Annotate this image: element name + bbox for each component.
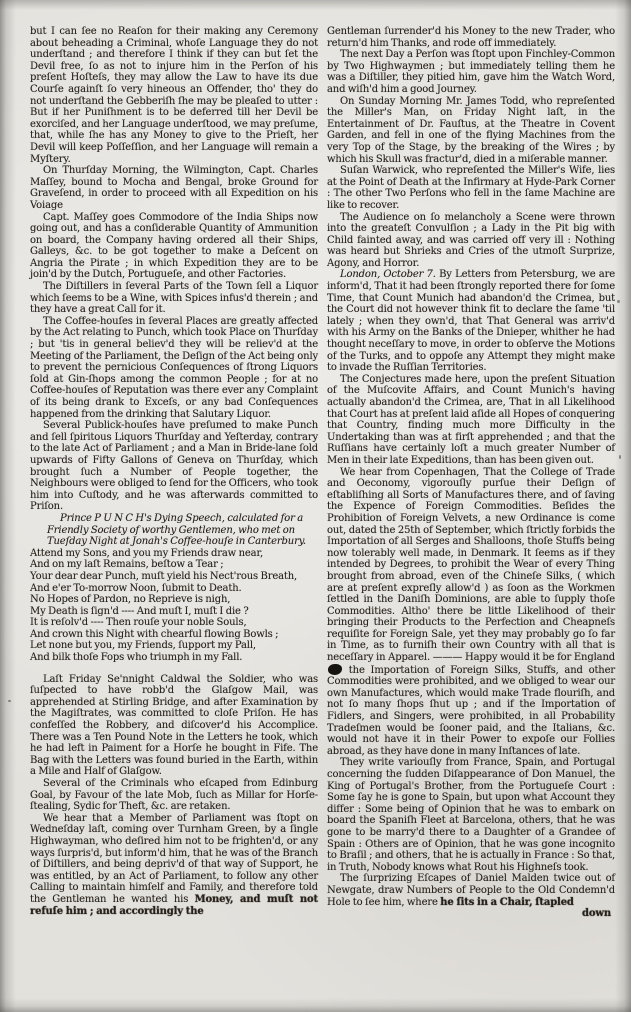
- poem-line: Your dear dear Punch, muſt yield his Nec…: [30, 571, 318, 583]
- news-paragraph: London, October 7. By Letters from Peter…: [327, 269, 615, 373]
- paragraph-text: By Letters from Petersburg, we are infor…: [327, 269, 615, 373]
- poem-line: Attend my Sons, and you my Friends draw …: [30, 548, 318, 560]
- news-paragraph: The Audience on ſo melancholy a Scene we…: [327, 212, 615, 270]
- poem-line: And on my laſt Remains, beſtow a Tear ;: [30, 559, 318, 571]
- paper-speck: [619, 455, 621, 459]
- ink-blot-icon: [328, 664, 342, 675]
- news-paragraph: We hear that a Member of Parliament was …: [30, 813, 318, 917]
- paragraph-text: We hear from Copenhagen, That the Colleg…: [327, 467, 615, 664]
- paragraph-text: the Importation of Foreign Silks, Stuffs…: [327, 665, 615, 757]
- news-paragraph: Several Publick-houſes have preſumed to …: [30, 420, 318, 513]
- smudged-text: he ſits in a Chair, ſtapled: [440, 897, 573, 908]
- news-paragraph: We hear from Copenhagen, That the Colleg…: [327, 467, 615, 758]
- catchword-row: down: [327, 908, 615, 920]
- news-paragraph: Suſan Warwick, who repreſented the Mille…: [327, 165, 615, 211]
- poem-line: And bilk thoſe Fops who triumph in my Fa…: [30, 652, 318, 664]
- news-paragraph: but I can ſee no Reaſon for their making…: [30, 26, 318, 165]
- poem-line: And e'er To-morrow Noon, ſubmit to Death…: [30, 583, 318, 595]
- dateline: London, October 7.: [340, 269, 436, 280]
- news-paragraph: The next Day a Perſon was ſtopt upon Fin…: [327, 49, 615, 95]
- paper-speck: [617, 300, 620, 303]
- poem-line: It is reſolv'd ---- Then rouſe your nobl…: [30, 617, 318, 629]
- news-paragraph: Capt. Maſſey goes Commodore of the India…: [30, 212, 318, 282]
- speech-heading: Prince P U N C H's Dying Speech, calcula…: [30, 513, 318, 548]
- news-paragraph: Laſt Friday Se'nnight Caldwal the Soldie…: [30, 674, 318, 778]
- news-paragraph: Several of the Criminals who eſcaped fro…: [30, 778, 318, 813]
- news-paragraph: They write variouſly from France, Spain,…: [327, 757, 615, 873]
- right-column: Gentleman ſurrender'd his Money to the n…: [327, 26, 615, 920]
- paper-speck: [8, 700, 11, 702]
- newspaper-page: but I can ſee no Reaſon for their making…: [0, 0, 631, 1012]
- left-column: but I can ſee no Reaſon for their making…: [30, 26, 318, 917]
- poem-line: Let none but you, my Friends, ſupport my…: [30, 640, 318, 652]
- news-paragraph: The ſurprizing Eſcapes of Daniel Malden …: [327, 873, 615, 908]
- news-paragraph: The Conjectures made here, upon the preſ…: [327, 374, 615, 467]
- news-paragraph: Gentleman ſurrender'd his Money to the n…: [327, 26, 615, 49]
- paragraph-text: We hear that a Member of Parliament was …: [30, 813, 318, 905]
- news-paragraph: On Thurſday Morning, the Wilmington, Cap…: [30, 165, 318, 211]
- poem-line: No Hopes of Pardon, no Reprieve is nigh,: [30, 594, 318, 606]
- news-paragraph: On Sunday Morning Mr. James Todd, who re…: [327, 96, 615, 166]
- dying-speech-poem: Attend my Sons, and you my Friends draw …: [30, 548, 318, 664]
- catchword: down: [582, 908, 611, 919]
- poem-line: My Death is ſign'd ---- And muſt I, muſt…: [30, 606, 318, 618]
- poem-line: And crown this Night with chearful flowi…: [30, 629, 318, 641]
- news-paragraph: The Coffee-houſes in ſeveral Places are …: [30, 316, 318, 420]
- news-paragraph: The Diſtillers in ſeveral Parts of the T…: [30, 281, 318, 316]
